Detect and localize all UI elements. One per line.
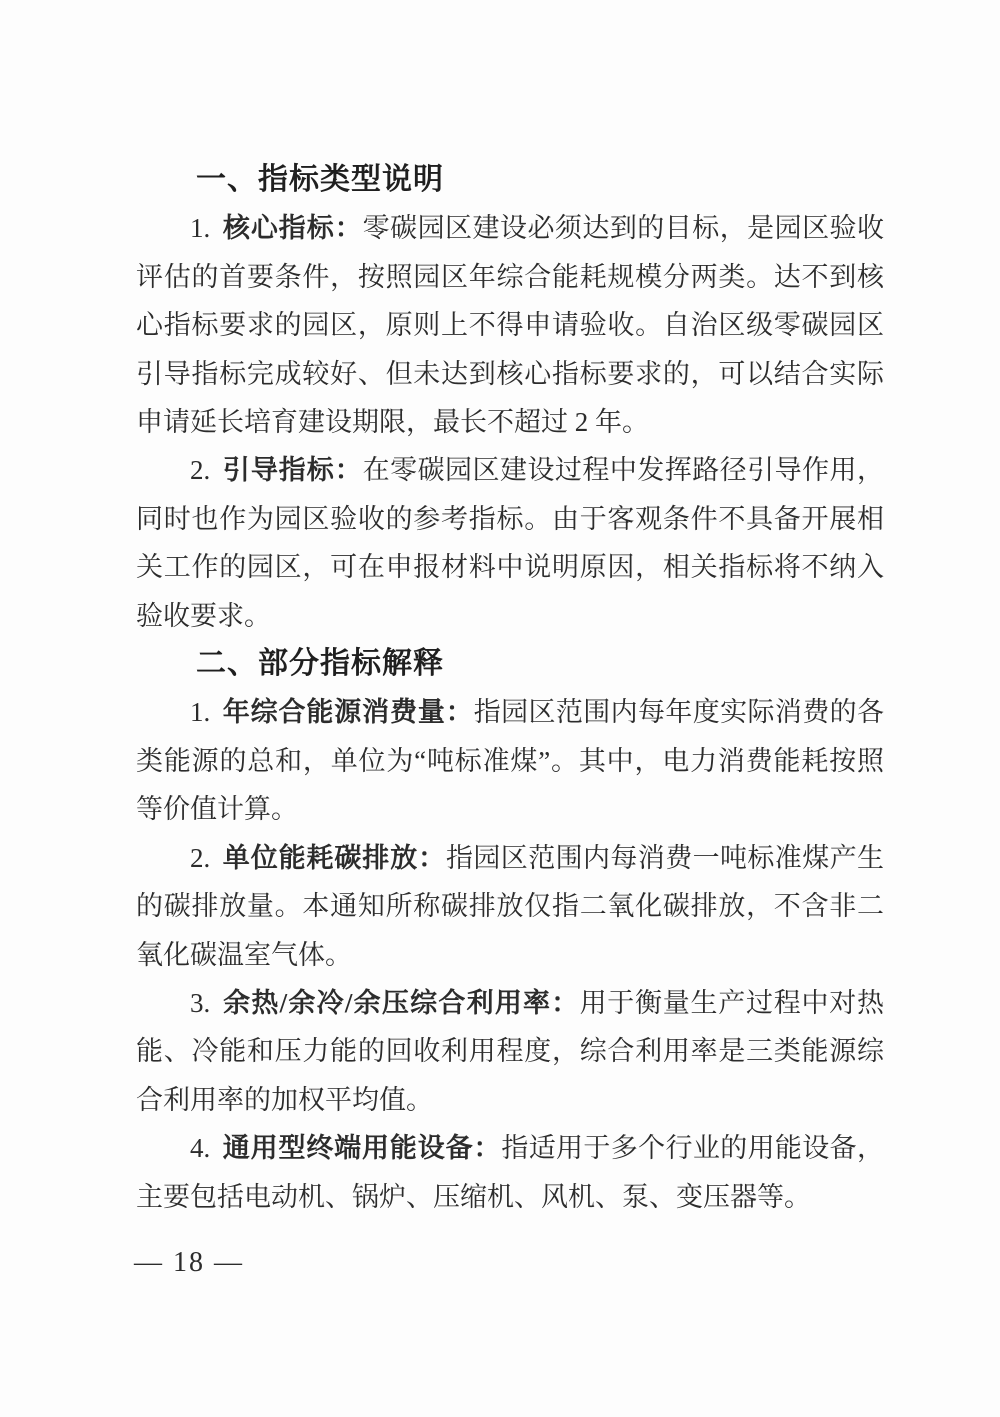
paragraph-number: 1. bbox=[190, 697, 210, 727]
paragraph-core-indicator: 1.核心指标：零碳园区建设必须达到的目标，是园区验收评估的首要条件，按照园区年综… bbox=[136, 204, 884, 446]
section-heading-indicator-definitions: 二、部分指标解释 bbox=[136, 640, 884, 688]
document-body: 一、指标类型说明 1.核心指标：零碳园区建设必须达到的目标，是园区验收评估的首要… bbox=[136, 156, 884, 1221]
paragraph-general-end-use-equipment: 4.通用型终端用能设备：指适用于多个行业的用能设备，主要包括电动机、锅炉、压缩机… bbox=[136, 1124, 884, 1221]
paragraph-number: 1. bbox=[190, 213, 210, 243]
paragraph-lead: 单位能耗碳排放： bbox=[222, 843, 446, 873]
paragraph-guiding-indicator: 2.引导指标：在零碳园区建设过程中发挥路径引导作用，同时也作为园区验收的参考指标… bbox=[136, 446, 884, 640]
paragraph-lead: 引导指标： bbox=[222, 455, 362, 485]
paragraph-text: 零碳园区建设必须达到的目标，是园区验收评估的首要条件，按照园区年综合能耗规模分两… bbox=[136, 213, 884, 437]
paragraph-lead: 核心指标： bbox=[222, 213, 362, 243]
paragraph-lead: 年综合能源消费量： bbox=[222, 697, 473, 727]
paragraph-number: 3. bbox=[190, 988, 210, 1018]
paragraph-annual-energy-consumption: 1.年综合能源消费量：指园区范围内每年度实际消费的各类能源的总和，单位为“吨标准… bbox=[136, 688, 884, 833]
paragraph-carbon-per-energy-unit: 2.单位能耗碳排放：指园区范围内每消费一吨标准煤产生的碳排放量。本通知所称碳排放… bbox=[136, 834, 884, 979]
section-heading-indicator-types: 一、指标类型说明 bbox=[136, 156, 884, 204]
paragraph-number: 4. bbox=[190, 1133, 210, 1163]
paragraph-lead: 余热/余冷/余压综合利用率： bbox=[222, 988, 579, 1018]
paragraph-lead: 通用型终端用能设备： bbox=[222, 1133, 501, 1163]
document-page: 一、指标类型说明 1.核心指标：零碳园区建设必须达到的目标，是园区验收评估的首要… bbox=[0, 0, 1000, 1417]
page-number: — 18 — bbox=[134, 1247, 244, 1279]
paragraph-waste-energy-utilization: 3.余热/余冷/余压综合利用率：用于衡量生产过程中对热能、冷能和压力能的回收利用… bbox=[136, 979, 884, 1124]
paragraph-number: 2. bbox=[190, 455, 210, 485]
paragraph-number: 2. bbox=[190, 843, 210, 873]
